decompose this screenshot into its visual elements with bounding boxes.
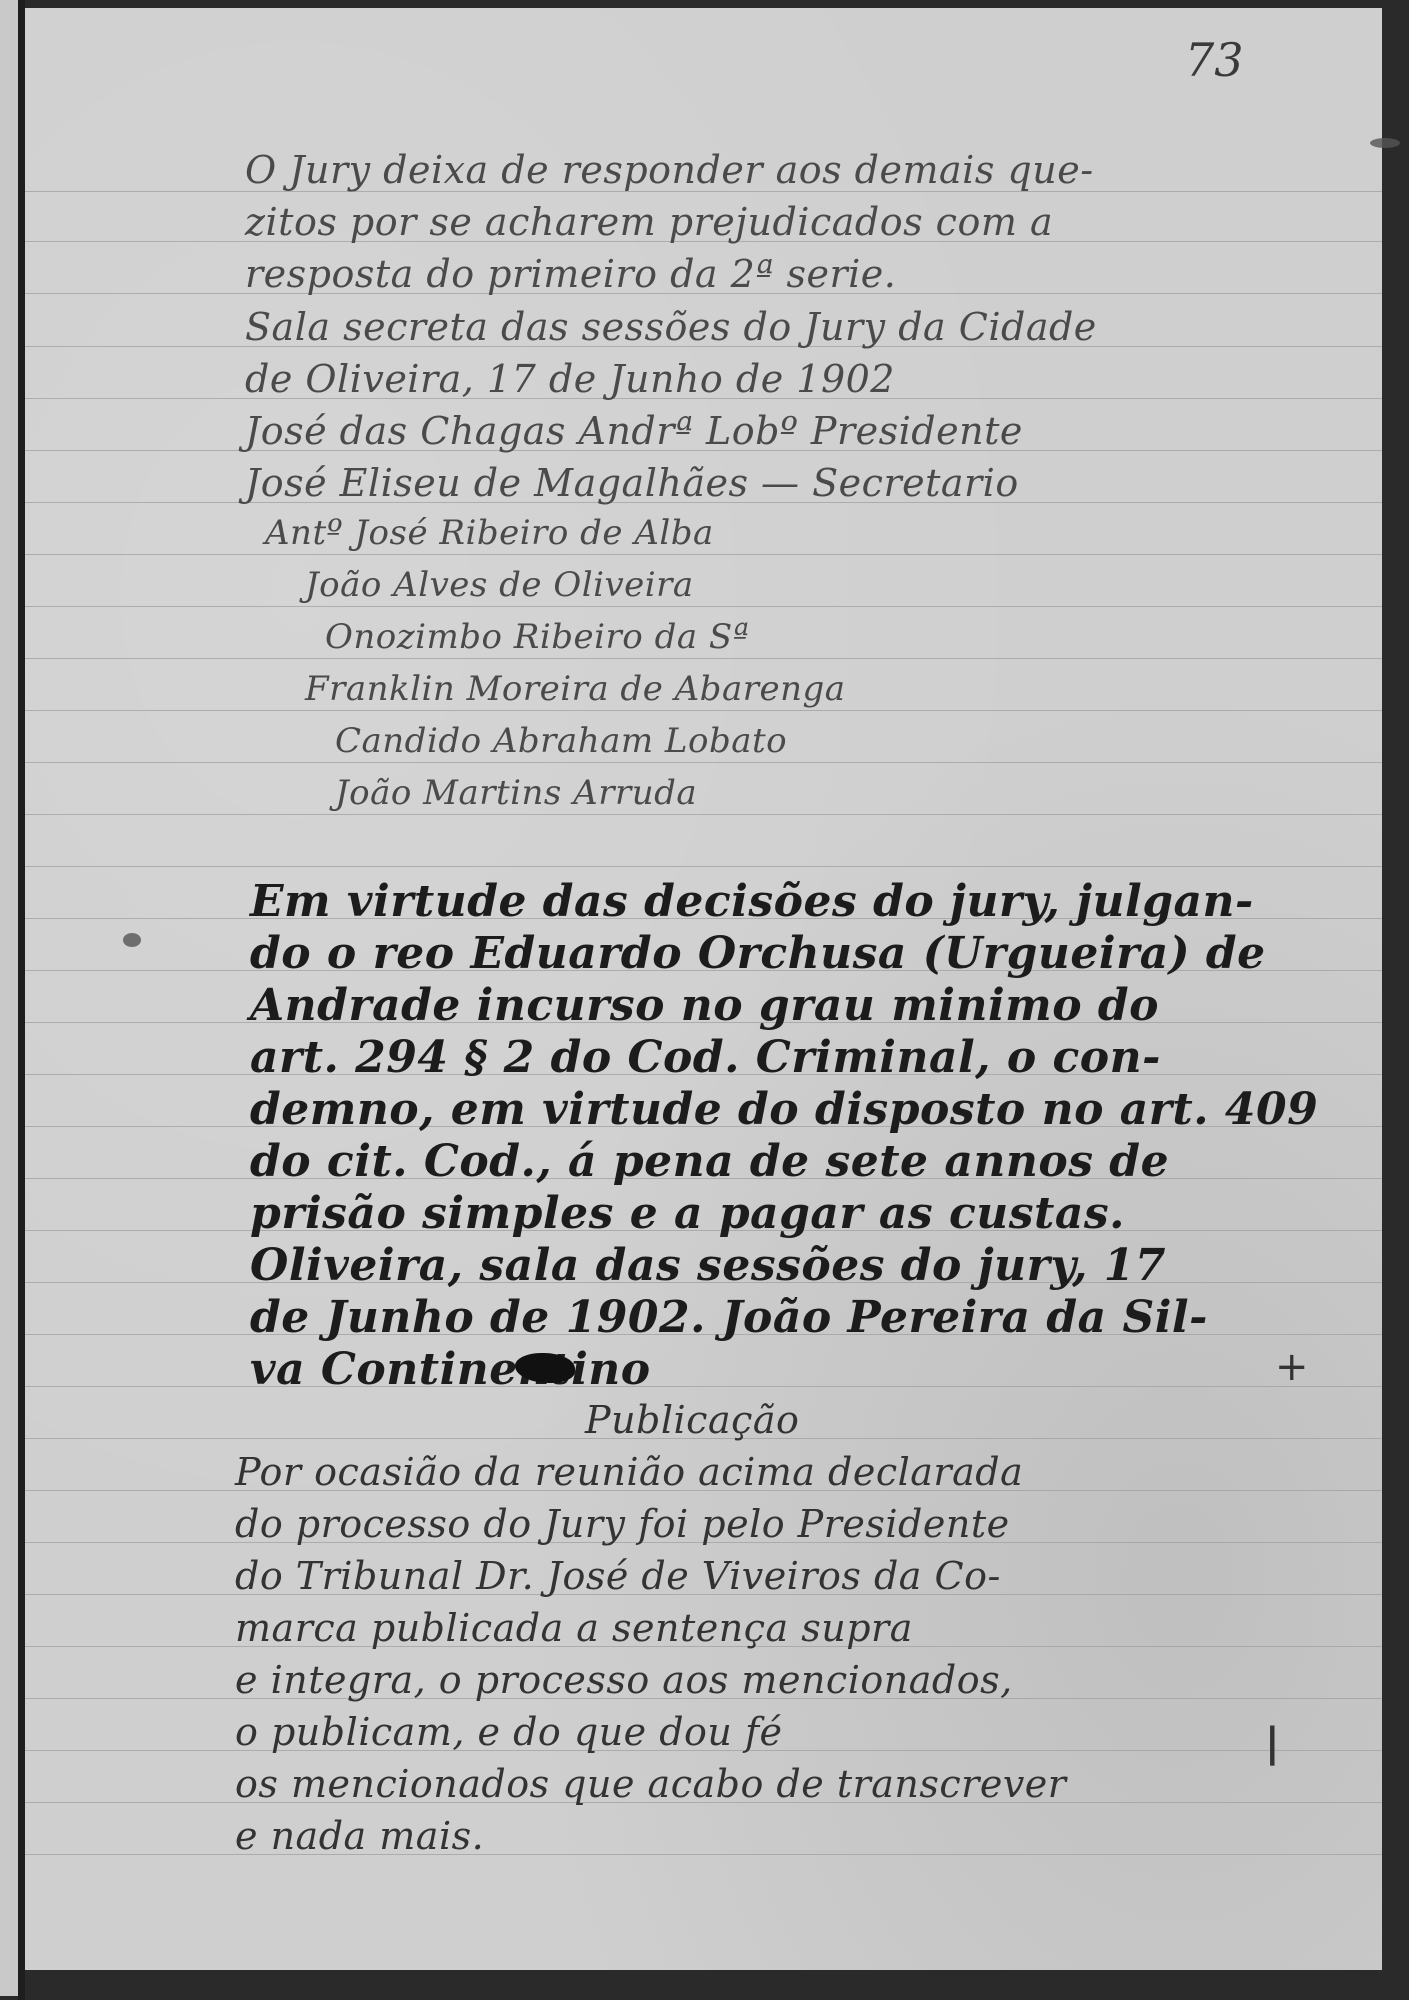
text-line: Em virtude das decisões do jury, julgan- bbox=[250, 876, 1254, 927]
ruled-line bbox=[25, 762, 1382, 763]
adjacent-page-strip bbox=[0, 0, 18, 1996]
tick-mark: | bbox=[1265, 1720, 1280, 1766]
text-line: Sala secreta das sessões do Jury da Cida… bbox=[245, 305, 1097, 349]
signature-juror: Franklin Moreira de Abarenga bbox=[305, 669, 846, 709]
text-line: o publicam, e do que dou fé bbox=[235, 1710, 783, 1754]
signature-juror: Onozimbo Ribeiro da Sª bbox=[325, 617, 749, 657]
signature-president: José das Chagas Andrª Lobº Presidente bbox=[245, 409, 1023, 453]
signature-juror: João Alves de Oliveira bbox=[305, 565, 694, 605]
section-heading: Publicação bbox=[585, 1398, 799, 1442]
ink-stain bbox=[1370, 138, 1400, 148]
ruled-line bbox=[25, 554, 1382, 555]
text-line: resposta do primeiro da 2ª serie. bbox=[245, 252, 896, 296]
text-line: os mencionados que acabo de transcrever bbox=[235, 1762, 1066, 1806]
ruled-line bbox=[25, 814, 1382, 815]
ink-stain bbox=[123, 933, 141, 947]
signature-juror: Candido Abraham Lobato bbox=[335, 721, 787, 761]
text-line: do o reo Eduardo Orchusa (Urgueira) de bbox=[250, 928, 1266, 979]
signature-secretary: José Eliseu de Magalhães — Secretario bbox=[245, 461, 1019, 505]
cross-mark: + bbox=[1275, 1344, 1309, 1390]
text-line: Por ocasião da reunião acima declarada bbox=[235, 1450, 1023, 1494]
signature-juror: João Martins Arruda bbox=[335, 773, 697, 813]
text-line: do Tribunal Dr. José de Viveiros da Co- bbox=[235, 1554, 1001, 1598]
text-line: art. 294 § 2 do Cod. Criminal, o con- bbox=[250, 1032, 1161, 1083]
binding-edge bbox=[18, 0, 25, 2000]
ruled-line bbox=[25, 606, 1382, 607]
manuscript-page: 73 O Jury deixa de responder aos demais … bbox=[25, 8, 1382, 1970]
judge-signature: va Continentino bbox=[250, 1344, 651, 1395]
text-line: e integra, o processo aos mencionados, bbox=[235, 1658, 1013, 1702]
ruled-line bbox=[25, 1854, 1382, 1855]
text-line: Andrade incurso no grau minimo do bbox=[250, 980, 1159, 1031]
signature-juror: Antº José Ribeiro de Alba bbox=[265, 513, 714, 553]
text-line: Oliveira, sala das sessões do jury, 17 bbox=[250, 1240, 1166, 1291]
text-line: do cit. Cod., á pena de sete annos de bbox=[250, 1136, 1169, 1187]
page-number: 73 bbox=[1185, 33, 1244, 87]
text-line: demno, em virtude do disposto no art. 40… bbox=[250, 1084, 1318, 1135]
text-line: de Oliveira, 17 de Junho de 1902 bbox=[245, 357, 895, 401]
text-line: zitos por se acharem prejudicados com a bbox=[245, 200, 1053, 244]
text-line: O Jury deixa de responder aos demais que… bbox=[245, 148, 1094, 192]
ruled-line bbox=[25, 1386, 1382, 1387]
text-line: prisão simples e a pagar as custas. bbox=[250, 1188, 1125, 1239]
text-line: de Junho de 1902. João Pereira da Sil- bbox=[250, 1292, 1208, 1343]
ruled-line bbox=[25, 710, 1382, 711]
text-line: e nada mais. bbox=[235, 1814, 484, 1858]
ruled-line bbox=[25, 658, 1382, 659]
ruled-line bbox=[25, 866, 1382, 867]
text-line: marca publicada a sentença supra bbox=[235, 1606, 913, 1650]
text-line: do processo do Jury foi pelo Presidente bbox=[235, 1502, 1010, 1546]
